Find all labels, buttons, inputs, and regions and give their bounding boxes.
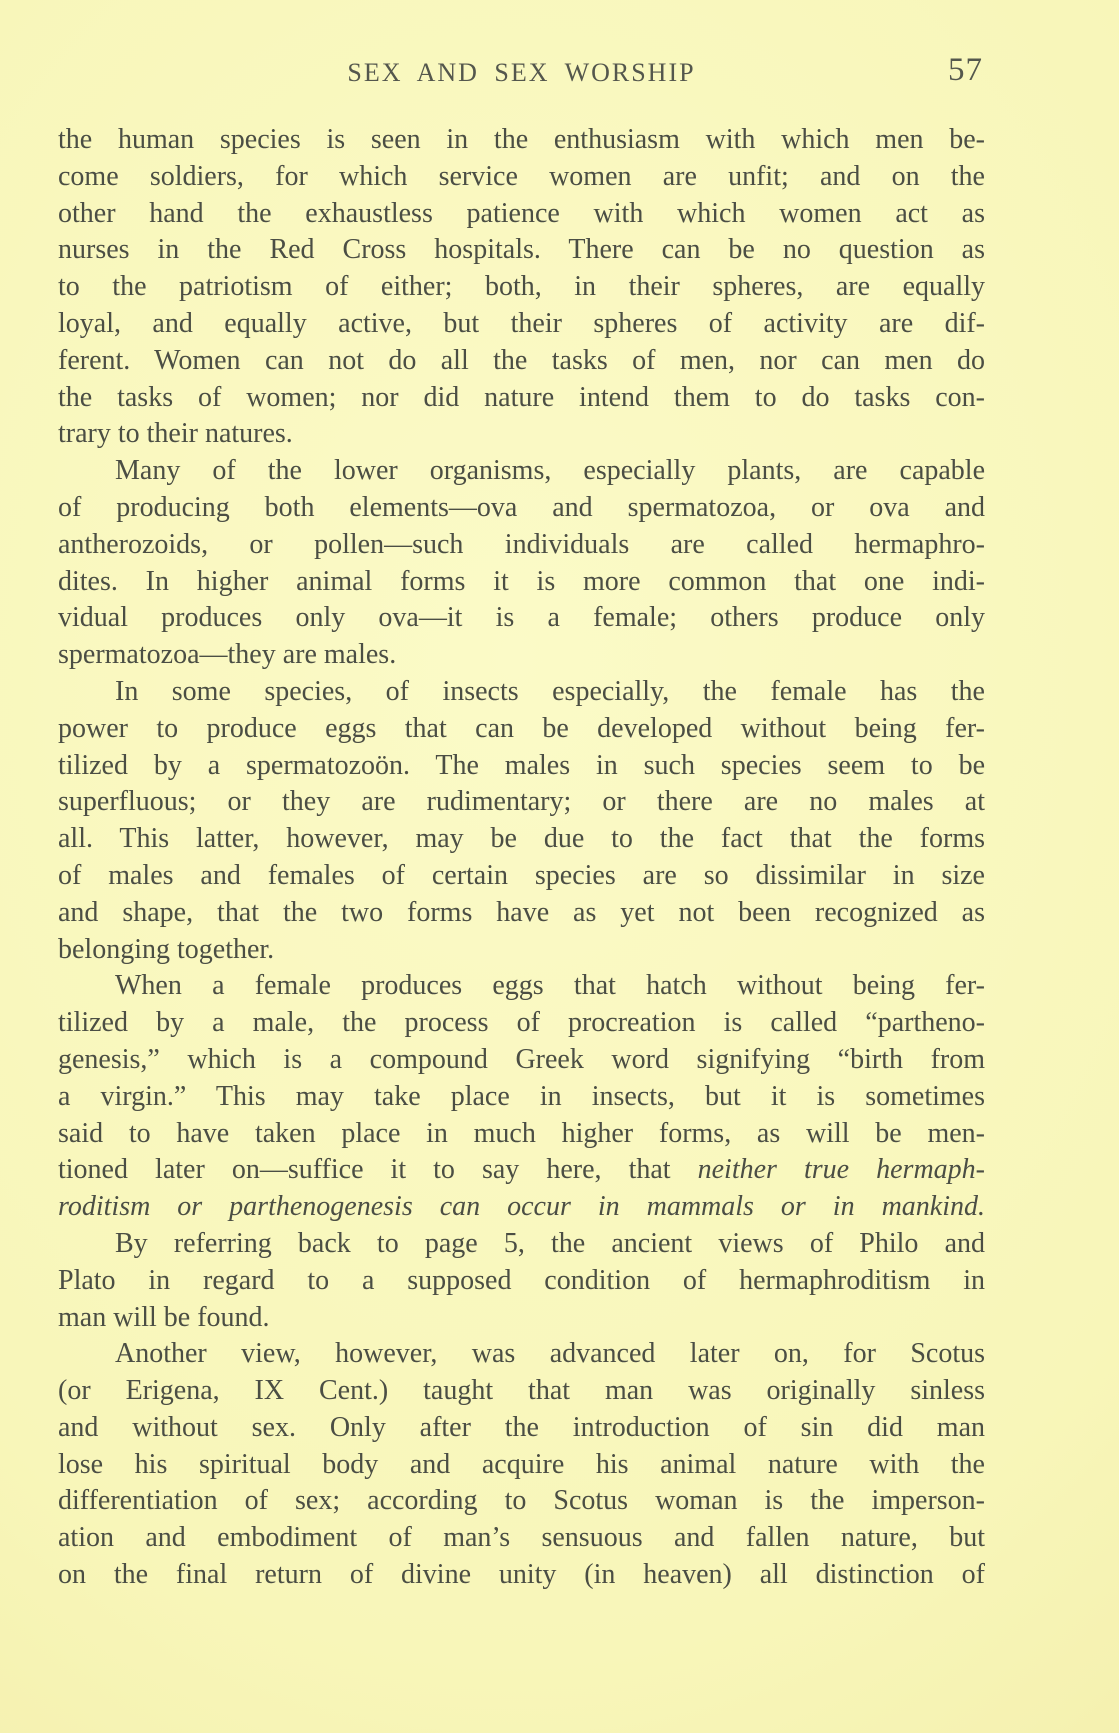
text-segment: said to have taken place in much higher … — [58, 1118, 985, 1149]
scanned-page: SEX AND SEX WORSHIP 57 the human species… — [0, 0, 1119, 1733]
text-line: other hand the exhaustless patience with… — [58, 196, 985, 233]
paragraph: By referring back to page 5, the ancient… — [58, 1226, 985, 1336]
text-segment: all. This latter, however, may be due to… — [58, 823, 985, 854]
text-segment: superfluous; or they are rudimentary; or… — [58, 786, 985, 817]
text-segment: the tasks of women; nor did nature inten… — [58, 382, 985, 413]
text-segment: lose his spiritual body and acquire his … — [58, 1449, 985, 1480]
running-header-title: SEX AND SEX WORSHIP — [58, 60, 985, 86]
text-line: of males and females of certain species … — [58, 858, 985, 895]
text-line: lose his spiritual body and acquire his … — [58, 1447, 985, 1484]
text-segment: ation and embodiment of man’s sensuous a… — [58, 1522, 985, 1553]
page-body-text: the human species is seen in the enthusi… — [58, 122, 985, 1594]
text-segment: differentiation of sex; according to Sco… — [58, 1485, 985, 1516]
running-header: SEX AND SEX WORSHIP 57 — [58, 54, 985, 94]
text-line: said to have taken place in much higher … — [58, 1116, 985, 1153]
text-segment: and shape, that the two forms have as ye… — [58, 897, 985, 928]
text-segment: Plato in regard to a supposed condition … — [58, 1265, 985, 1296]
text-segment: When a female produces eggs that hatch w… — [115, 970, 985, 1001]
paragraph: Another view, however, was advanced late… — [58, 1336, 985, 1594]
text-line: Another view, however, was advanced late… — [58, 1336, 985, 1373]
text-segment: (or Erigena, IX Cent.) taught that man w… — [58, 1375, 985, 1406]
text-line: ferent. Women can not do all the tasks o… — [58, 343, 985, 380]
text-segment: man will be found. — [58, 1302, 270, 1333]
text-segment: loyal, and equally active, but their sph… — [58, 308, 985, 339]
paragraph: In some species, of insects especially, … — [58, 674, 985, 968]
text-line: antherozoids, or pollen—such individuals… — [58, 527, 985, 564]
text-segment: tilized by a spermatozoön. The males in … — [58, 750, 985, 781]
text-line: nurses in the Red Cross hospitals. There… — [58, 232, 985, 269]
text-segment: trary to their natures. — [58, 418, 293, 449]
text-line: (or Erigena, IX Cent.) taught that man w… — [58, 1373, 985, 1410]
text-line: Plato in regard to a supposed condition … — [58, 1263, 985, 1300]
text-segment: genesis,” which is a compound Greek word… — [58, 1044, 985, 1075]
text-segment: of producing both elements—ova and sperm… — [58, 492, 985, 523]
text-line: genesis,” which is a compound Greek word… — [58, 1042, 985, 1079]
text-segment: of males and females of certain species … — [58, 860, 985, 891]
text-line: differentiation of sex; according to Sco… — [58, 1483, 985, 1520]
text-line: and shape, that the two forms have as ye… — [58, 895, 985, 932]
book-page: { "page": { "header": { "title": "SEX AN… — [0, 0, 1119, 1733]
text-segment: a virgin.” This may take place in insect… — [58, 1081, 985, 1112]
text-segment: to the patriotism of either; both, in th… — [58, 271, 985, 302]
text-line: roditism or parthenogenesis can occur in… — [58, 1189, 985, 1226]
text-line: of producing both elements—ova and sperm… — [58, 490, 985, 527]
text-segment: belonging together. — [58, 934, 274, 965]
text-segment: power to produce eggs that can be develo… — [58, 713, 985, 744]
text-line: tilized by a male, the process of procre… — [58, 1005, 985, 1042]
text-line: superfluous; or they are rudimentary; or… — [58, 784, 985, 821]
text-line: come soldiers, for which service women a… — [58, 159, 985, 196]
paragraph: the human species is seen in the enthusi… — [58, 122, 985, 453]
text-segment: tioned later on—suffice it to say here, … — [58, 1154, 698, 1185]
text-line: power to produce eggs that can be develo… — [58, 711, 985, 748]
text-line: ation and embodiment of man’s sensuous a… — [58, 1520, 985, 1557]
text-line: tilized by a spermatozoön. The males in … — [58, 748, 985, 785]
text-segment: By referring back to page 5, the ancient… — [115, 1228, 985, 1259]
text-line: By referring back to page 5, the ancient… — [58, 1226, 985, 1263]
text-segment: other hand the exhaustless patience with… — [58, 198, 985, 229]
text-line: vidual produces only ova—it is a female;… — [58, 600, 985, 637]
text-line: dites. In higher animal forms it is more… — [58, 564, 985, 601]
italic-text-segment: roditism or parthenogenesis can occur in… — [58, 1191, 985, 1222]
italic-text-segment: neither true hermaph- — [698, 1154, 985, 1185]
paragraph: When a female produces eggs that hatch w… — [58, 968, 985, 1226]
text-line: In some species, of insects especially, … — [58, 674, 985, 711]
text-line: the human species is seen in the enthusi… — [58, 122, 985, 159]
text-line: loyal, and equally active, but their sph… — [58, 306, 985, 343]
text-line: When a female produces eggs that hatch w… — [58, 968, 985, 1005]
text-segment: and without sex. Only after the introduc… — [58, 1412, 985, 1443]
text-line: a virgin.” This may take place in insect… — [58, 1079, 985, 1116]
text-segment: ferent. Women can not do all the tasks o… — [58, 345, 985, 376]
text-line: on the final return of divine unity (in … — [58, 1557, 985, 1594]
paragraph: Many of the lower organisms, especially … — [58, 453, 985, 674]
text-segment: the human species is seen in the enthusi… — [58, 124, 985, 155]
text-line: spermatozoa—they are males. — [58, 637, 985, 674]
text-line: tioned later on—suffice it to say here, … — [58, 1152, 985, 1189]
text-segment: Another view, however, was advanced late… — [115, 1338, 985, 1369]
text-line: man will be found. — [58, 1300, 985, 1337]
text-segment: nurses in the Red Cross hospitals. There… — [58, 234, 985, 265]
text-line: all. This latter, however, may be due to… — [58, 821, 985, 858]
text-segment: Many of the lower organisms, especially … — [115, 455, 985, 486]
text-segment: antherozoids, or pollen—such individuals… — [58, 529, 985, 560]
page-number: 57 — [948, 54, 983, 87]
text-line: belonging together. — [58, 932, 985, 969]
text-line: to the patriotism of either; both, in th… — [58, 269, 985, 306]
text-line: Many of the lower organisms, especially … — [58, 453, 985, 490]
text-line: and without sex. Only after the introduc… — [58, 1410, 985, 1447]
text-segment: spermatozoa—they are males. — [58, 639, 396, 670]
text-segment: dites. In higher animal forms it is more… — [58, 566, 985, 597]
text-segment: In some species, of insects especially, … — [115, 676, 985, 707]
text-segment: come soldiers, for which service women a… — [58, 161, 985, 192]
text-segment: vidual produces only ova—it is a female;… — [58, 602, 985, 633]
text-segment: tilized by a male, the process of procre… — [58, 1007, 985, 1038]
text-line: trary to their natures. — [58, 416, 985, 453]
text-segment: on the final return of divine unity (in … — [58, 1559, 985, 1590]
text-line: the tasks of women; nor did nature inten… — [58, 380, 985, 417]
